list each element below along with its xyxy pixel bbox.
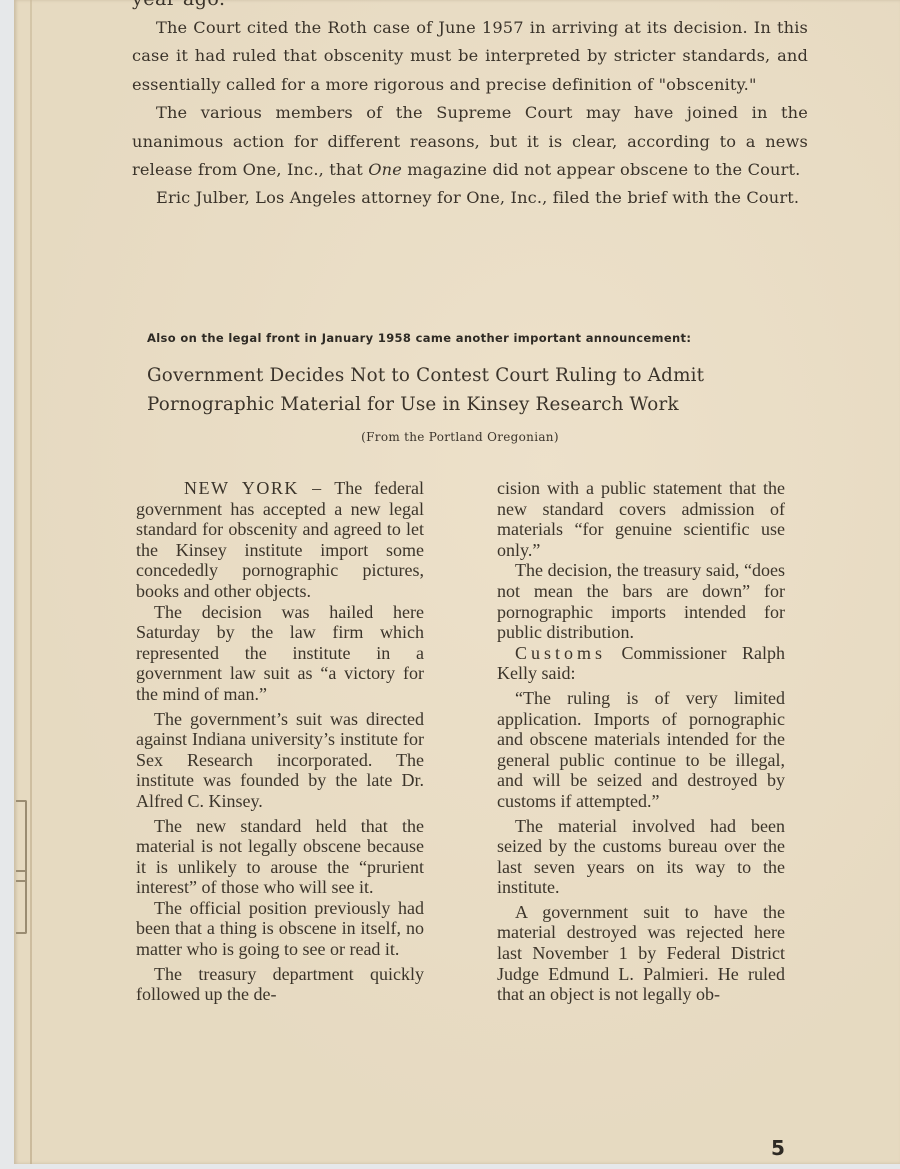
intro-paragraph: Eric Julber, Los Angeles attorney for On…: [132, 184, 808, 212]
article-paragraph: The decision was hailed here Saturday by…: [136, 602, 424, 705]
dateline: NEW YORK –: [184, 478, 323, 498]
lead-in-announcement: Also on the legal front in January 1958 …: [147, 331, 691, 345]
article-paragraph: Customs Commissioner Ralph Kelly said:: [497, 643, 785, 684]
article-source: (From the Portland Oregonian): [0, 430, 900, 444]
intro-text: magazine did not appear obscene to the C…: [402, 160, 800, 179]
intro-section: The Court cited the Roth case of June 19…: [132, 14, 808, 213]
article-paragraph: The decision, the treasury said, “does n…: [497, 560, 785, 642]
headline-line: Pornographic Material for Use in Kinsey …: [147, 390, 787, 419]
article-paragraph: The new standard held that the material …: [136, 816, 424, 898]
cut-off-line: year ago.: [132, 0, 226, 10]
article-headline: Government Decides Not to Contest Court …: [147, 361, 787, 419]
article-column-left: NEW YORK – The federal government has ac…: [136, 478, 424, 1005]
magazine-name: One: [368, 160, 402, 179]
intro-paragraph: The Court cited the Roth case of June 19…: [132, 14, 808, 99]
article-paragraph: NEW YORK – The federal government has ac…: [136, 478, 424, 602]
article-paragraph: The material involved had been seized by…: [497, 816, 785, 898]
article-paragraph: The official position previously had bee…: [136, 898, 424, 960]
staple-icon: [16, 870, 27, 934]
customs-word: Customs: [515, 643, 606, 663]
intro-paragraph: The various members of the Supreme Court…: [132, 99, 808, 184]
article-paragraph: The government’s suit was directed again…: [136, 709, 424, 812]
article-paragraph: The treasury department quickly followed…: [136, 964, 424, 1005]
article-paragraph: “The ruling is of very limited applicati…: [497, 688, 785, 812]
article-paragraph: cision with a public statement that the …: [497, 478, 785, 560]
binding-edge: [30, 0, 32, 1164]
headline-line: Government Decides Not to Contest Court …: [147, 361, 787, 390]
article-paragraph: A government suit to have the material d…: [497, 902, 785, 1005]
page-number: 5: [771, 1136, 785, 1160]
article-column-right: cision with a public statement that the …: [497, 478, 785, 1005]
